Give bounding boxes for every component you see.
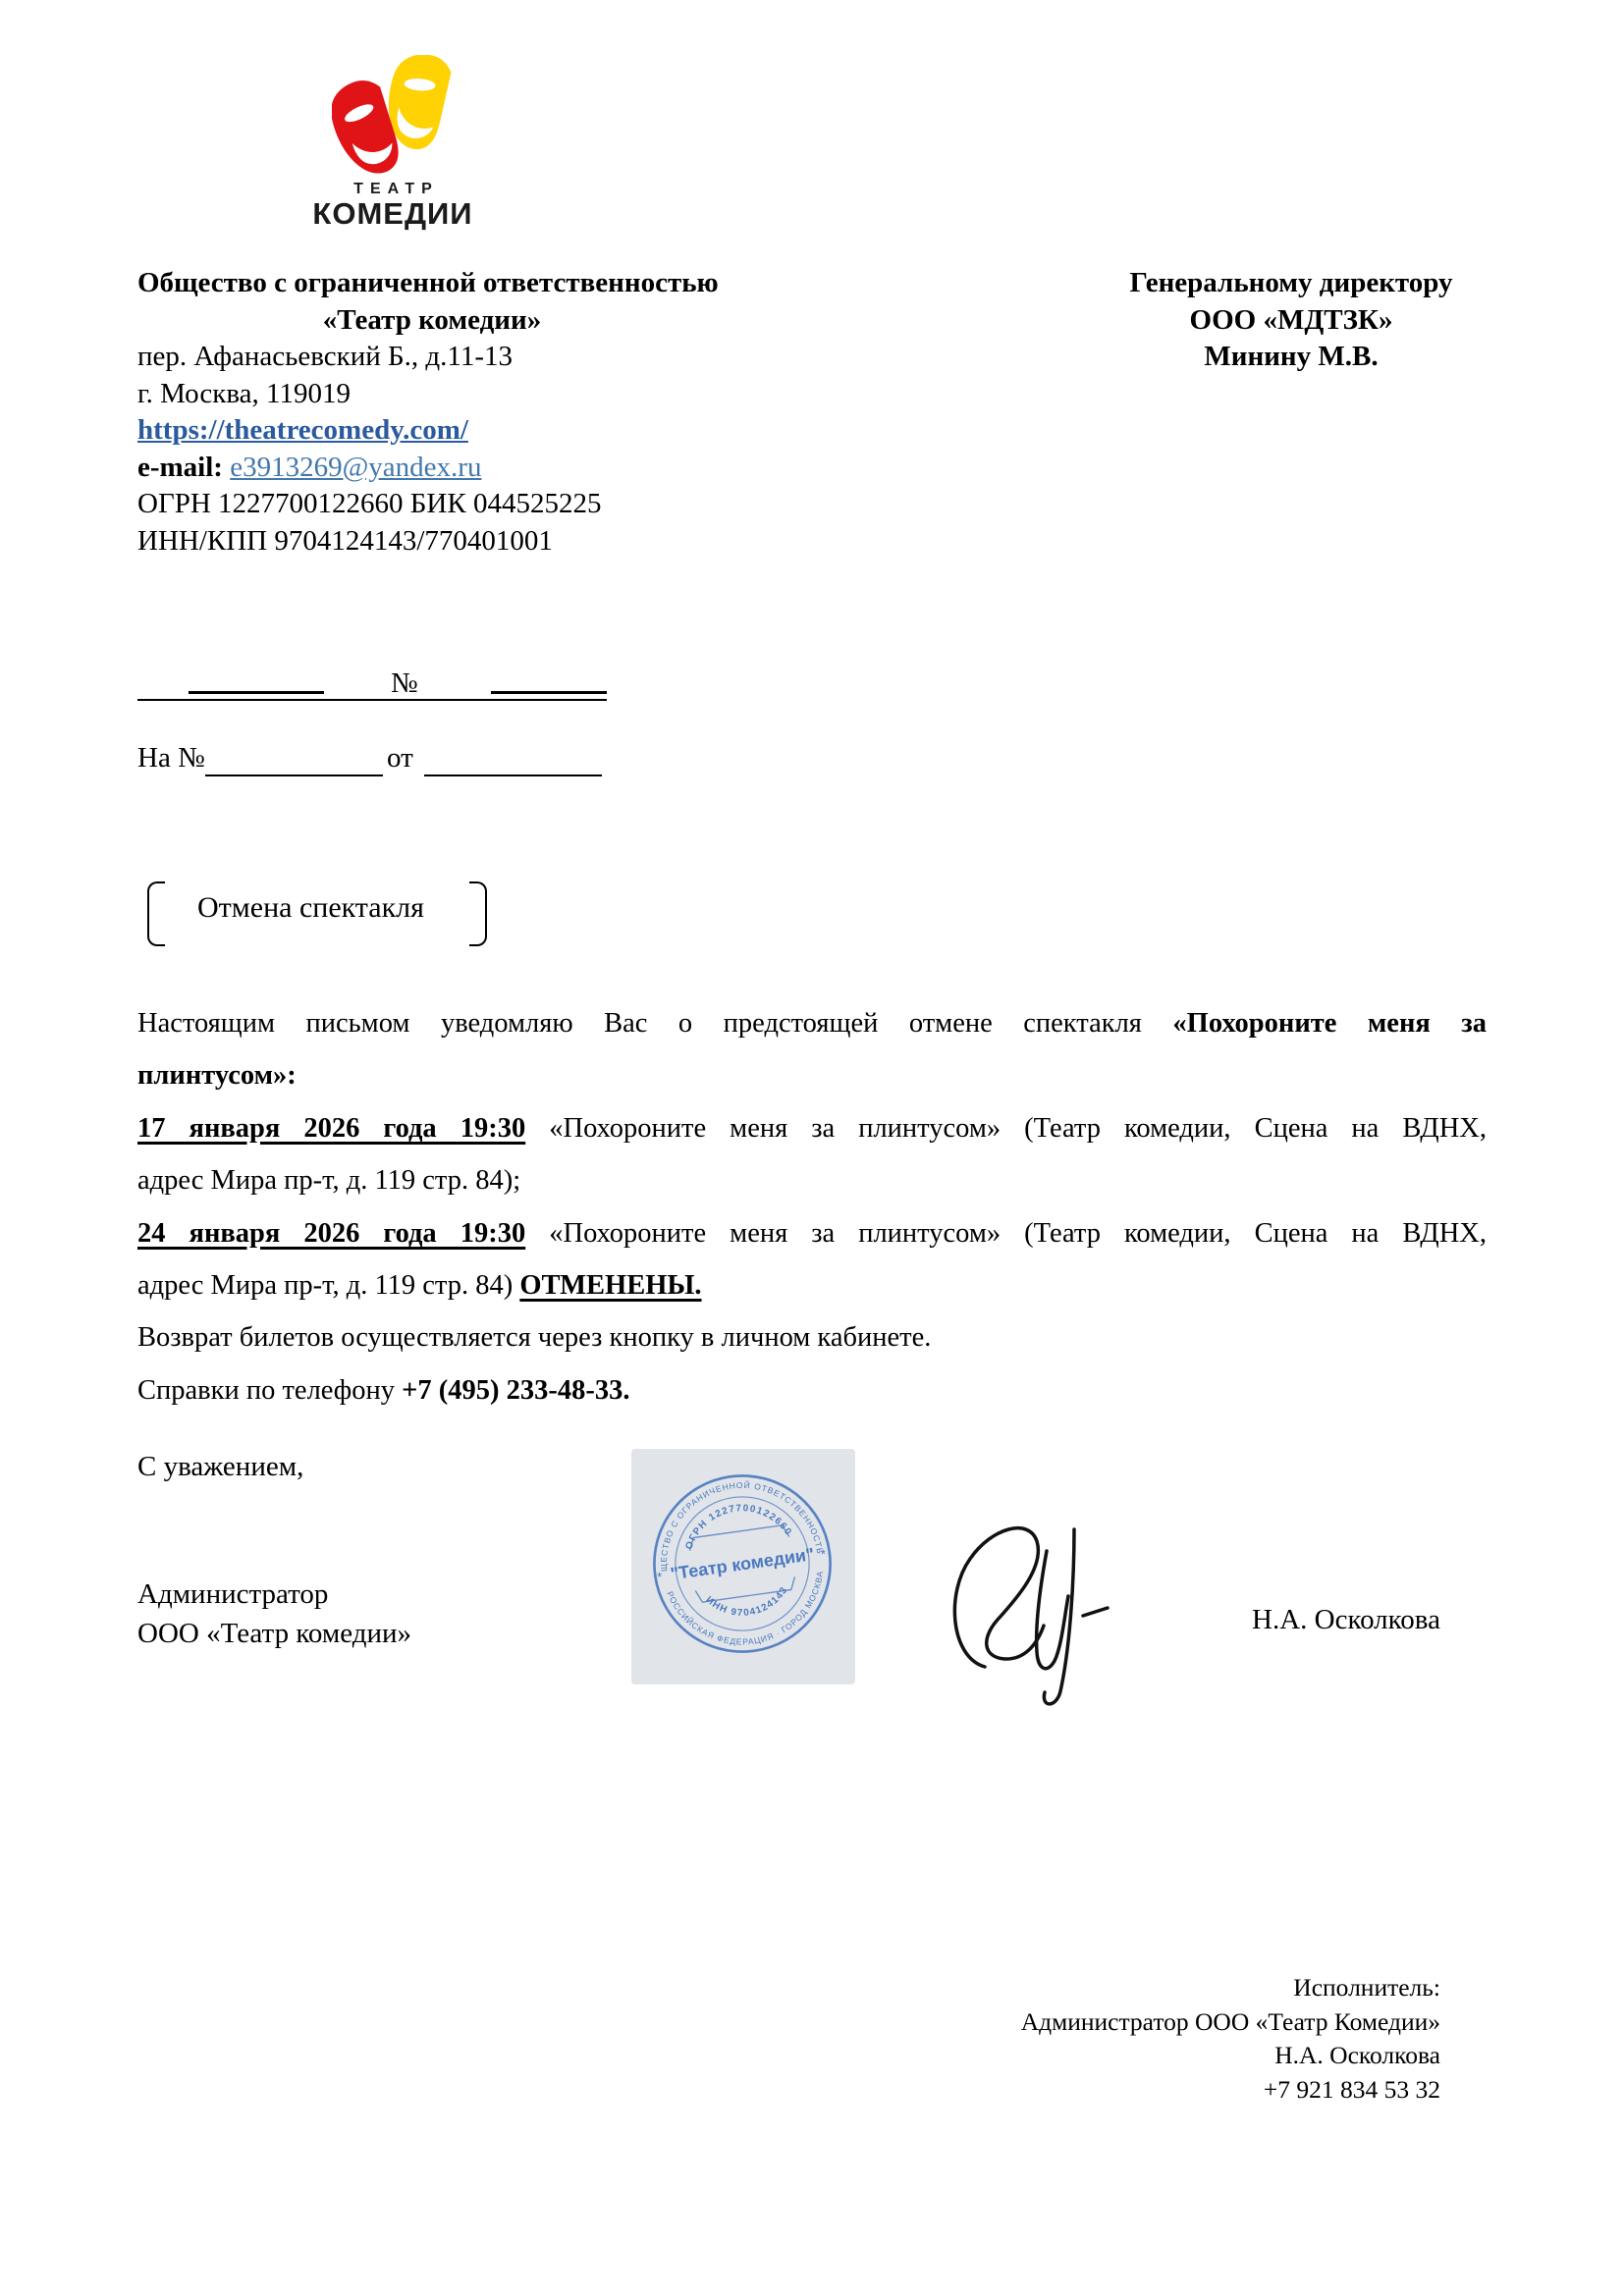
comedy-masks-icon <box>332 55 454 177</box>
website-link[interactable]: https://theatrecomedy.com/ <box>137 414 468 446</box>
recipient-company: ООО «МДТЗК» <box>1105 302 1478 340</box>
stamp-arc-bottom-inner: ИНН 9704124143 <box>703 1583 793 1625</box>
executor-label: Исполнитель: <box>1021 1971 1440 2005</box>
ref-reply-date-blank <box>424 774 602 776</box>
body-line-3: 17 января 2026 года 19:30 «Похороните ме… <box>137 1102 1487 1154</box>
subject-bracket-right <box>469 881 487 946</box>
body-line-4: адрес Мира пр-т, д. 119 стр. 84); <box>137 1154 1487 1206</box>
signer-name: Н.А. Осколкова <box>1252 1604 1440 1636</box>
round-seal-icon: ОБЩЕСТВО С ОГРАНИЧЕННОЙ ОТВЕТСТВЕННОСТЬЮ… <box>628 1450 857 1679</box>
ref-number-sign: № <box>391 667 418 700</box>
body-line-5: 24 января 2026 года 19:30 «Похороните ме… <box>137 1207 1487 1259</box>
executor-phone: +7 921 834 53 32 <box>1021 2073 1440 2108</box>
recipient-person: Минину М.В. <box>1105 339 1478 376</box>
email-label: e-mail: <box>137 452 223 483</box>
email-link[interactable]: e3913269@yandex.ru <box>230 452 481 483</box>
stamp-center-text: "Театр комедии" <box>670 1544 816 1583</box>
subject-title: Отмена спектакля <box>197 891 424 925</box>
closing-regards: С уважением, <box>137 1451 303 1483</box>
theater-logo: ТЕАТР КОМЕДИИ <box>309 55 476 232</box>
recipient-block: Генеральному директору ООО «МДТЗК» Минин… <box>1105 265 1478 376</box>
sender-org-short: «Театр комедии» <box>137 302 727 340</box>
signer-position-1: Администратор <box>137 1575 411 1614</box>
stamp-star-right: * <box>820 1546 828 1562</box>
ref-from-label: от <box>387 742 413 774</box>
sender-address-street: пер. Афанасьевский Б., д.11-13 <box>137 339 727 376</box>
body-line-2: плинтусом»: <box>137 1049 1487 1101</box>
body-line-1: Настоящим письмом уведомляю Вас о предст… <box>137 997 1487 1049</box>
sender-ogrn-bik: ОГРН 1227700122660 БИК 044525225 <box>137 486 727 523</box>
letter-body: Настоящим письмом уведомляю Вас о предст… <box>137 997 1487 1416</box>
ref-reply-number-blank <box>205 774 383 776</box>
company-stamp: ОБЩЕСТВО С ОГРАНИЧЕННОЙ ОТВЕТСТВЕННОСТЬЮ… <box>631 1449 855 1684</box>
executor-position: Администратор ООО «Театр Комедии» <box>1021 2005 1440 2040</box>
svg-text:ИНН 9704124143: ИНН 9704124143 <box>703 1583 793 1625</box>
sender-org-name: Общество с ограниченной ответственностью <box>137 265 727 302</box>
ref-reply-label: На № <box>137 742 205 774</box>
executor-name: Н.А. Осколкова <box>1021 2039 1440 2073</box>
signer-position-2: ООО «Театр комедии» <box>137 1614 411 1653</box>
letter-page: ТЕАТР КОМЕДИИ Общество с ограниченной от… <box>0 0 1624 2296</box>
sender-address-city: г. Москва, 119019 <box>137 376 727 413</box>
executor-block: Исполнитель: Администратор ООО «Театр Ко… <box>1021 1971 1440 2107</box>
recipient-title: Генеральному директору <box>1105 265 1478 302</box>
ref-date-blank <box>189 691 324 694</box>
body-line-6: адрес Мира пр-т, д. 119 стр. 84) ОТМЕНЕН… <box>137 1259 1487 1311</box>
body-line-8: Справки по телефону +7 (495) 233-48-33. <box>137 1364 1487 1416</box>
subject-bracket-left <box>147 881 165 946</box>
body-line-7: Возврат билетов осуществляется через кно… <box>137 1311 1487 1363</box>
signer-position-block: Администратор ООО «Театр комедии» <box>137 1575 411 1653</box>
ref-number-blank <box>491 691 607 694</box>
handwritten-signature <box>931 1500 1127 1721</box>
logo-text-komedii: КОМЕДИИ <box>309 196 476 232</box>
sender-inn-kpp: ИНН/КПП 9704124143/770401001 <box>137 523 727 561</box>
ref-blank-line <box>137 699 607 701</box>
sender-block: Общество с ограниченной ответственностью… <box>137 265 727 560</box>
